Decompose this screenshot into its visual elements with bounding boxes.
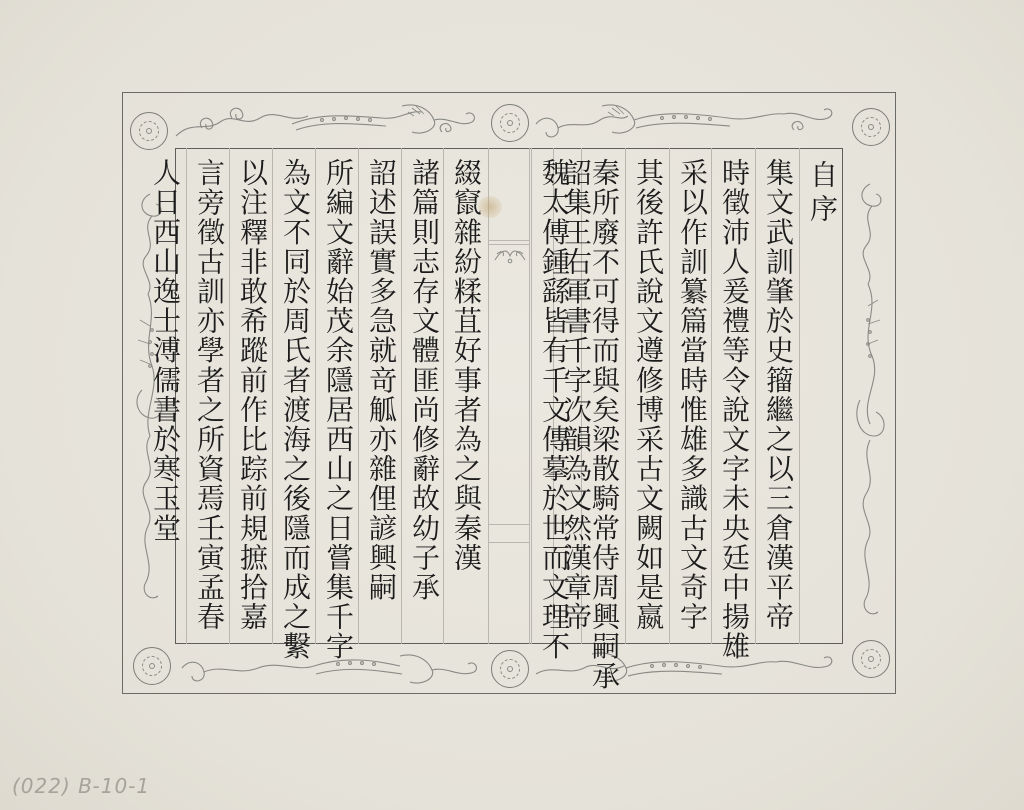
text-column: 詔述誤實多急就竒觚亦雜俚諺興嗣	[358, 148, 402, 644]
column-text: 以注釋非敢希蹤前作比踪前規摭拾嘉	[230, 158, 274, 632]
column-text: 為文不同於周氏者渡海之後隱而成之繫	[273, 158, 317, 661]
text-column: 其後許氏說文遵修博采古文闕如是嬴	[625, 148, 669, 644]
preface-title: 自序	[800, 160, 844, 228]
column-text: 采以作訓纂篇當時惟雄多識古文奇字	[670, 158, 714, 632]
rosette-medallion-icon	[491, 650, 529, 688]
text-column: 言旁徵古訓亦學者之所資焉壬寅孟春	[186, 148, 230, 644]
column-text: 綴竄雜紛糅苴好事者為之與秦漢	[444, 158, 488, 572]
column-text: 集文武訓肇於史籀繼之以三倉漢平帝	[756, 158, 800, 632]
text-column: 魏太傅鍾繇皆有千文傳摹於世而文理不	[531, 148, 575, 644]
column-text: 時徵沛人爰禮等令說文字未央廷中揚雄	[712, 158, 756, 661]
text-column: 綴竄雜紛糅苴好事者為之與秦漢	[443, 148, 487, 644]
rosette-medallion-icon	[491, 104, 529, 142]
dragon-scroll-ornament-icon	[532, 646, 844, 692]
dragon-scroll-ornament-icon	[172, 98, 484, 144]
signature-text: 人日西山逸士溥儒書於寒玉堂	[143, 158, 187, 543]
column-text: 所編文辭始茂余隱居西山之日嘗集千字	[316, 158, 360, 661]
catalog-pencil-note: (022) B-10-1	[12, 774, 150, 798]
manuscript-sheet: 自序 集文武訓肇於史籀繼之以三倉漢平帝 時徵沛人爰禮等令說文字未央廷中揚雄 采以…	[0, 0, 1024, 810]
signature-column: 人日西山逸士溥儒書於寒玉堂	[143, 148, 187, 644]
column-text: 詔述誤實多急就竒觚亦雜俚諺興嗣	[359, 158, 403, 602]
dragon-scroll-ornament-icon	[848, 180, 892, 620]
rosette-medallion-icon	[133, 647, 171, 685]
text-column: 采以作訓纂篇當時惟雄多識古文奇字	[669, 148, 713, 644]
dragon-scroll-ornament-icon	[532, 98, 844, 144]
text-column: 集文武訓肇於史籀繼之以三倉漢平帝	[755, 148, 799, 644]
text-columns: 自序 集文武訓肇於史籀繼之以三倉漢平帝 時徵沛人爰禮等令說文字未央廷中揚雄 采以…	[175, 148, 843, 644]
column-text: 其後許氏說文遵修博采古文闕如是嬴	[626, 158, 670, 632]
column-text: 諸篇則志存文體匪尚修辭故幼子承	[402, 158, 446, 602]
text-column: 時徵沛人爰禮等令說文字未央廷中揚雄	[711, 148, 755, 644]
column-text: 魏太傅鍾繇皆有千文傳摹於世而文理不	[532, 158, 576, 661]
text-column: 為文不同於周氏者渡海之後隱而成之繫	[272, 148, 316, 644]
text-column: 諸篇則志存文體匪尚修辭故幼子承	[401, 148, 445, 644]
rosette-medallion-icon	[852, 640, 890, 678]
text-column: 以注釋非敢希蹤前作比踪前規摭拾嘉	[229, 148, 273, 644]
rosette-medallion-icon	[852, 108, 890, 146]
text-column: 所編文辭始茂余隱居西山之日嘗集千字	[315, 148, 359, 644]
column-text: 言旁徵古訓亦學者之所資焉壬寅孟春	[187, 158, 231, 632]
rosette-medallion-icon	[130, 112, 168, 150]
title-column: 自序	[799, 148, 843, 644]
